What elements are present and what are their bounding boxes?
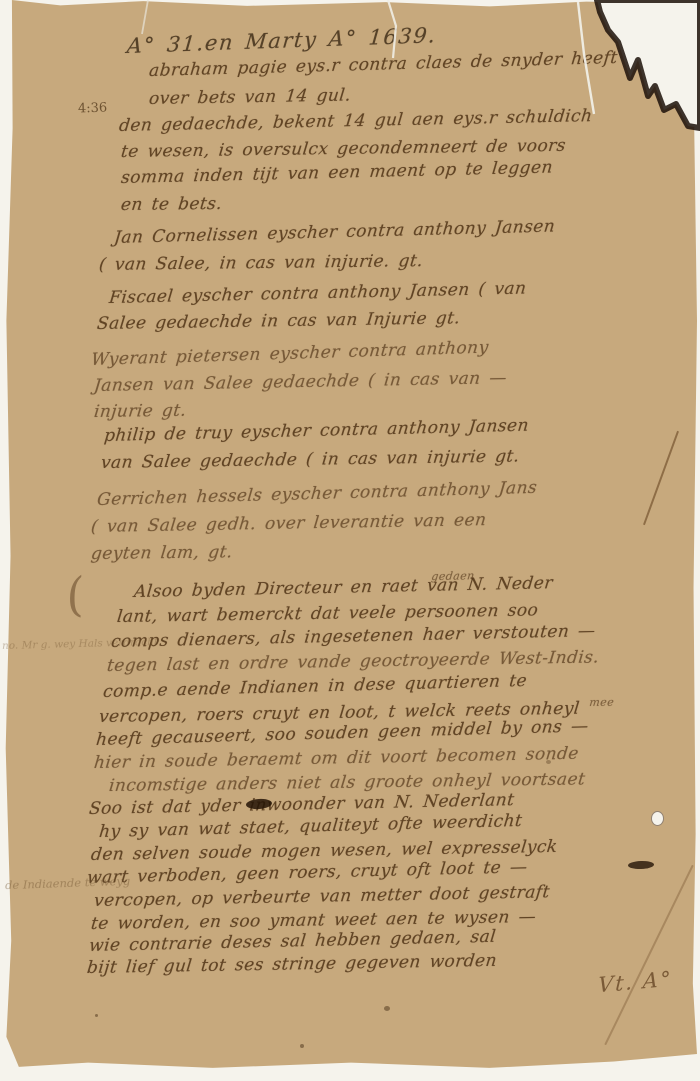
manuscript-line: geyten lam, gt. [90,543,234,564]
manuscript-line: over bets van 14 gul. [148,86,352,109]
paper-speck [546,760,551,764]
document-scan: A° 31.en Marty A° 1639. 4:36 abraham pag… [0,0,700,1081]
manuscript-line: ( van Salee, in cas van injurie. gt. [98,252,424,275]
interline-insert: gedaen [431,570,476,583]
paper-speck [300,1044,304,1048]
worm-hole [651,811,664,826]
margin-page-mark: 4:36 [78,100,108,116]
paper-speck [95,1014,98,1017]
paper-speck [384,1006,390,1011]
interline-insert: mee [589,697,615,710]
manuscript-line: en te bets. [120,195,223,216]
manuscript-line: injurie gt. [93,402,187,423]
